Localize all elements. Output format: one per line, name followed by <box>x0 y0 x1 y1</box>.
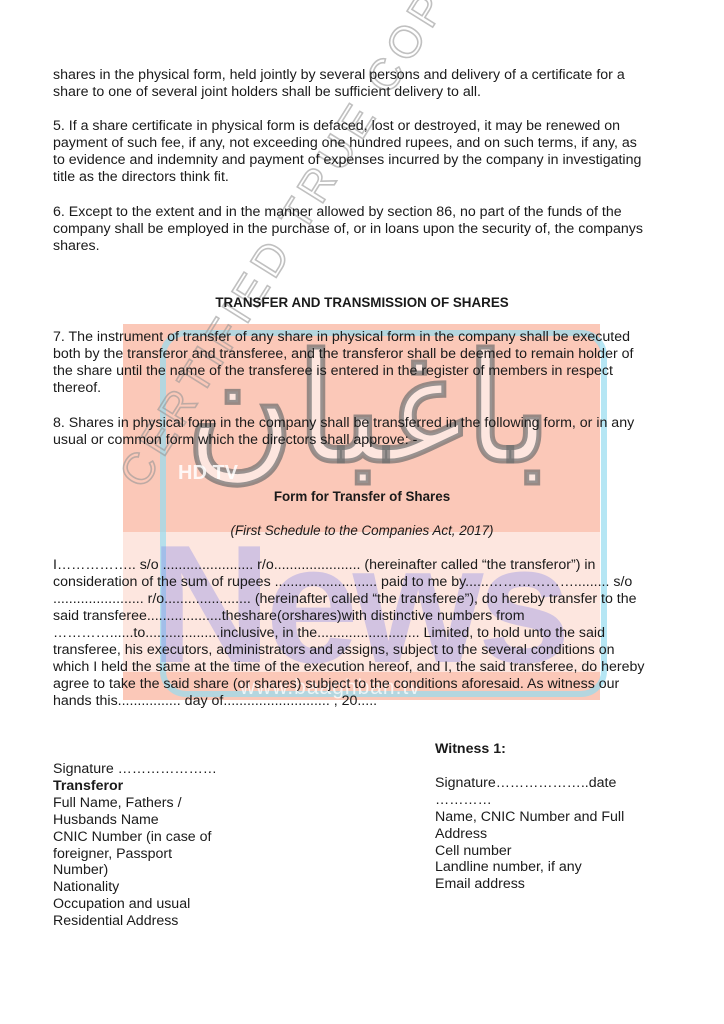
clause-5-line: title as the directors think fit. <box>53 169 229 186</box>
clause-6-line: shares. <box>53 238 100 255</box>
transferor-signature-line: Signature ………………… <box>53 761 217 778</box>
witness-field: Email address <box>435 876 624 893</box>
transferor-field: Husbands Name <box>53 812 217 829</box>
transferor-field: Nationality <box>53 879 217 896</box>
document-page: باغبان HD TV News www.baaghban.tv CERTIF… <box>0 0 724 1024</box>
witness-field: Cell number <box>435 843 624 860</box>
clause-8-line: 8. Shares in physical form in the compan… <box>53 415 634 432</box>
section-heading: TRANSFER AND TRANSMISSION OF SHARES <box>0 295 724 310</box>
witness-field: Landline number, if any <box>435 859 624 876</box>
form-body-line: agree to take the said share (or shares)… <box>53 676 619 693</box>
form-body-line: said transferee...................thesha… <box>53 608 525 625</box>
paragraph-continuation-line: shares in the physical form, held jointl… <box>53 67 625 84</box>
clause-5-line: payment of such fee, if any, not exceedi… <box>53 135 637 152</box>
form-subtitle: (First Schedule to the Companies Act, 20… <box>0 523 724 538</box>
transferor-field: Residential Address <box>53 913 217 930</box>
witness-signature-continued: ………… <box>435 792 624 809</box>
form-body-line: transferee, his executors, administrator… <box>53 642 615 659</box>
form-body-line: hands this................ day of.......… <box>53 693 377 710</box>
clause-6-line: 6. Except to the extent and in the manne… <box>53 204 622 221</box>
form-body-line: which I held the same at the time of the… <box>53 659 645 676</box>
form-body-line: ....................... r/o.............… <box>53 591 637 608</box>
transferor-field: foreigner, Passport <box>53 846 217 863</box>
clause-7-line: the share until the name of the transfer… <box>53 363 613 380</box>
clause-6-line: company shall be employed in the purchas… <box>53 221 643 238</box>
witness-field: Address <box>435 826 624 843</box>
form-title: Form for Transfer of Shares <box>0 489 724 504</box>
form-body-line: …………......to...................inclusive… <box>53 625 605 642</box>
paragraph-continuation-line: share to one of several joint holders sh… <box>53 84 481 101</box>
clause-7-line: thereof. <box>53 380 101 397</box>
clause-5-line: 5. If a share certificate in physical fo… <box>53 118 620 135</box>
transferor-block: Signature ………………… Transferor Full Name, … <box>53 761 217 930</box>
form-body-line: I…………….. s/o ....................... r/o… <box>53 557 595 574</box>
witness-label: Witness 1: <box>435 741 624 758</box>
transferor-label: Transferor <box>53 778 217 795</box>
transferor-field: Full Name, Fathers / <box>53 795 217 812</box>
transferor-field: Number) <box>53 862 217 879</box>
clause-5-line: to evidence and indemnity and payment of… <box>53 152 641 169</box>
clause-7-line: 7. The instrument of transfer of any sha… <box>53 329 630 346</box>
clause-8-line: usual or common form which the directors… <box>53 432 417 449</box>
witness-field: Name, CNIC Number and Full <box>435 809 624 826</box>
watermark-hdtv-label: HD TV <box>178 462 238 485</box>
witness-block: Witness 1: Signature………………..date ………… Na… <box>435 741 624 893</box>
witness-signature-line: Signature………………..date <box>435 775 624 792</box>
transferor-field: Occupation and usual <box>53 896 217 913</box>
transferor-field: CNIC Number (in case of <box>53 829 217 846</box>
clause-7-line: both by the transferor and transferee, a… <box>53 346 633 363</box>
form-body-line: consideration of the sum of rupees .....… <box>53 574 632 591</box>
